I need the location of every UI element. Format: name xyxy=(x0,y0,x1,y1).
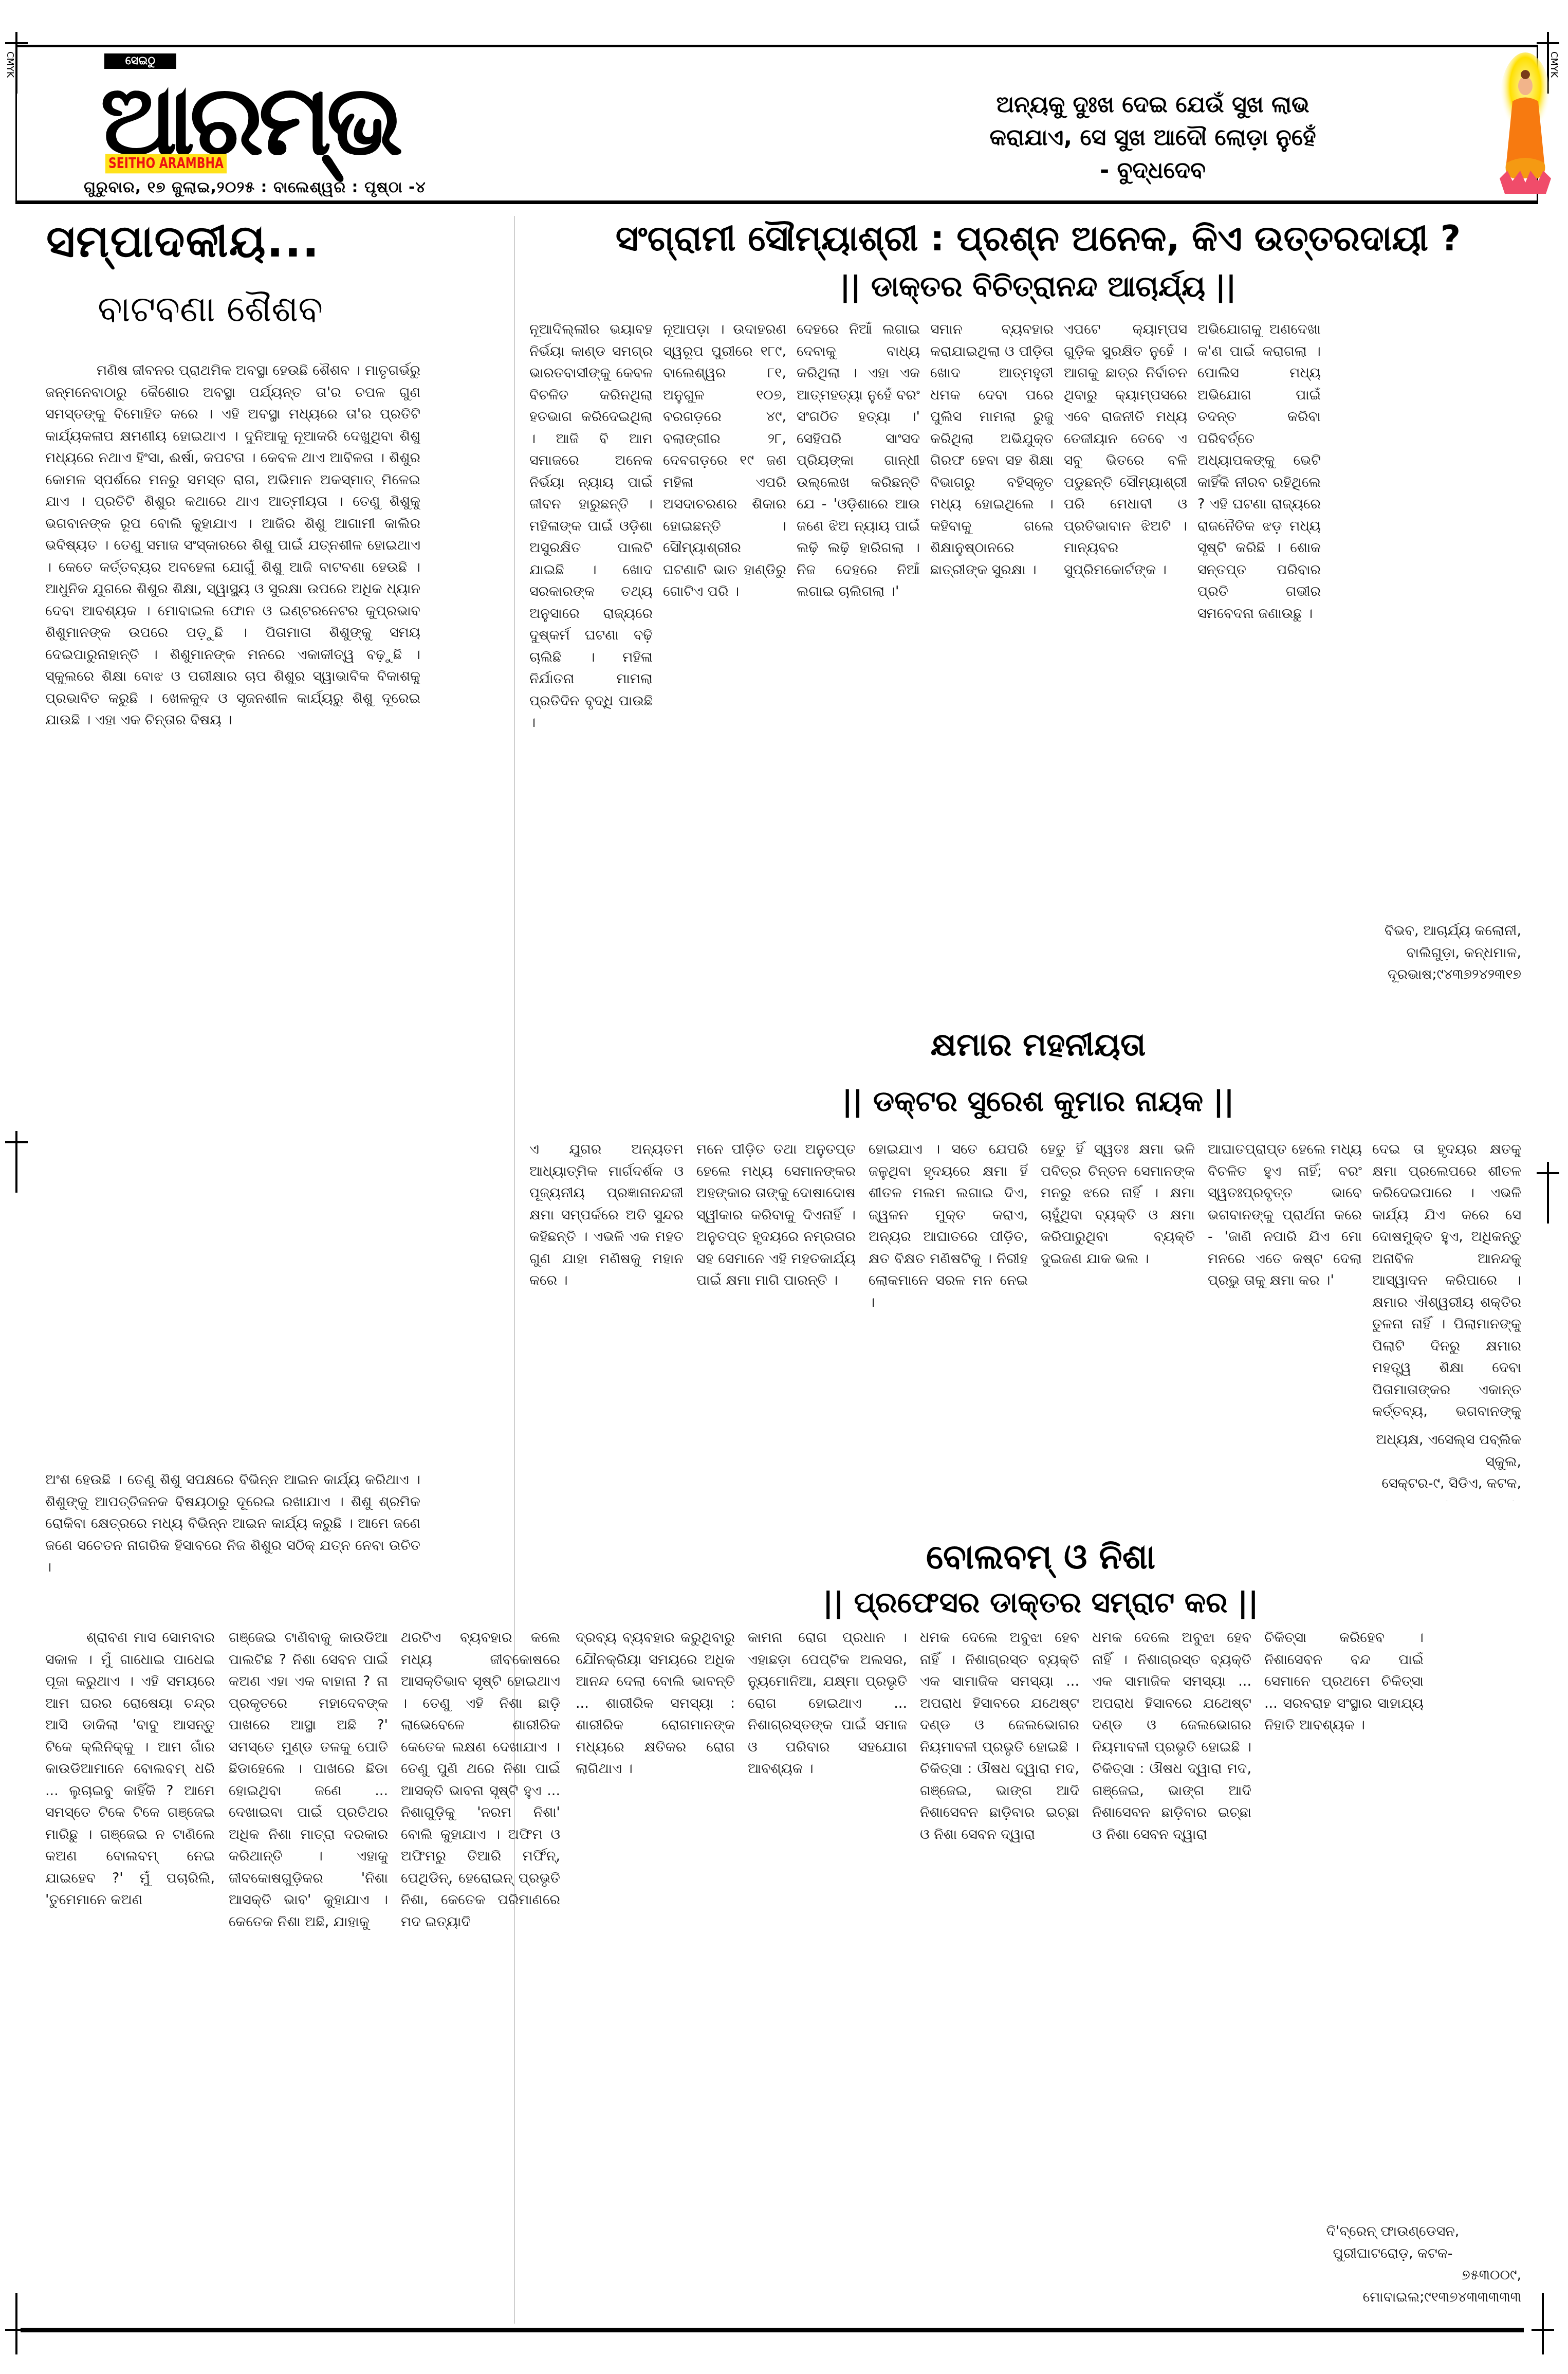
article2-column: ଦେଇ ତା ହୃଦୟର କ୍ଷତକୁ କ୍ଷମା ପ୍ରଲେପରେ ଶୀତଳ … xyxy=(1372,1139,1521,1427)
article3-column-text: ଥରଟିଏ ବ୍ୟବହାର କଲେ ମଧ୍ୟ ଜୀବକୋଷରେ ଆସକ୍ତିଭା… xyxy=(401,1630,560,1930)
article3-headline: ବୋଲବମ୍ ଓ ନିଶା xyxy=(514,1537,1567,1578)
contact-line: ୭୫୩୦୦୯, xyxy=(1264,2265,1521,2287)
article3-byline: || ପ୍ରଫେସର ଡାକ୍ତର ସମ୍ରାଟ କର || xyxy=(514,1586,1567,1620)
article3-column-text: ଗଞ୍ଜେଇ ଟାଣିବାକୁ କାଉଡିଆ ପାଲଟିଛ ? ନିଶା ସେବ… xyxy=(229,1630,388,1930)
article3-column: ଧମକ ଦେଲେ ଅବୁଝା ହେବ ନାହିଁ । ନିଶାଗ୍ରସ୍ତ ବ୍… xyxy=(1092,1627,1251,2316)
editorial-section-title: ସମ୍ପାଦକୀୟ... xyxy=(46,216,320,268)
article1-column: ଏପଟେ କ୍ୟାମ୍ପସ ଗୁଡ଼ିକ ସୁରକ୍ଷିତ ନୁହେଁ । ଆଗ… xyxy=(1064,319,1187,977)
article1-column: ଦେହରେ ନିଆଁ ଲଗାଇ ଦେବାକୁ ବାଧ୍ୟ କରିଥିଲା । ଏ… xyxy=(797,319,920,977)
masthead: ସେଇଠୁ ଆରମ୍ଭ SEITHO ARAMBHA ଗୁରୁବାର, ୧୭ ଜ… xyxy=(15,45,1538,204)
editorial-body-end: ଅଂଶ ହେଉଛି । ତେଣୁ ଶିଶୁ ସପକ୍ଷରେ ବିଭିନ୍ନ ଆଇ… xyxy=(45,1469,420,1572)
article2-column-text: ଏ ଯୁଗର ଅନ୍ୟତମ ଆଧ୍ୟାତ୍ମିକ ମାର୍ଗଦର୍ଶକ ଓ ପୂ… xyxy=(529,1141,684,1288)
buddha-quote: ଅନ୍ୟକୁ ଦୁଃଖ ଦେଇ ଯେଉଁ ସୁଖ ଲାଭ କରାଯାଏ, ସେ … xyxy=(942,88,1363,187)
contact-line: ସେକ୍ଟର-୯, ସିଡିଏ, କଟକ, xyxy=(1357,1473,1521,1495)
brand-tagline: SEITHO ARAMBHA xyxy=(105,154,227,174)
article2-column-text: ଦେଇ ତା ହୃଦୟର କ୍ଷତକୁ କ୍ଷମା ପ୍ରଲେପରେ ଶୀତଳ … xyxy=(1372,1141,1521,1427)
article2-column: ହୋଇଯାଏ । ସତେ ଯେପରି ଜଳୁଥିବା ହୃଦୟରେ କ୍ଷମା … xyxy=(869,1139,1028,1509)
buddha-icon xyxy=(1497,50,1554,202)
article1-column: ଅଭିଯୋଗକୁ ଅଣଦେଖା କ'ଣ ପାଇଁ କରାଗଲା । ପୋଲିସ … xyxy=(1197,319,1321,977)
editorial-body: ମଣିଷ ଜୀବନର ପ୍ରାଥମିକ ଅବସ୍ଥା ହେଉଛି ଶୈଶବ । … xyxy=(45,360,420,1501)
article2-headline: କ୍ଷମାର ମହନୀୟତା xyxy=(534,1026,1542,1064)
article2-column: ମନେ ପୀଡ଼ିତ ତଥା ଅନୁତପ୍ତ ହେଲେ ମଧ୍ୟ ସେମାନଙ୍… xyxy=(696,1139,856,1509)
article1-author-contact: ବିଭବ, ଆଚାର୍ଯ୍ୟ କଲୋନୀ, ବାଲିଗୁଡ଼ା, କନ୍ଧମାଳ… xyxy=(1341,920,1521,997)
article1-column-text: ଏପଟେ କ୍ୟାମ୍ପସ ଗୁଡ଼ିକ ସୁରକ୍ଷିତ ନୁହେଁ । ଆଗ… xyxy=(1064,321,1187,578)
article3-column: ଧମକ ଦେଲେ ଅବୁଝା ହେବ ନାହିଁ । ନିଶାଗ୍ରସ୍ତ ବ୍… xyxy=(920,1627,1079,2316)
registration-mark-bottom-left xyxy=(5,2293,36,2354)
article1-byline: || ଡାକ୍ତର ବିଚିତ୍ରାନନ୍ଦ ଆଚାର୍ଯ୍ୟ || xyxy=(534,270,1542,304)
article1-column-text: ସମାନ ବ୍ୟବହାର କରାଯାଇଥିଲା ଓ ପୀଡ଼ିତା ଖୋଦ ଆତ… xyxy=(930,321,1054,578)
article3-column: କାମନା ରୋଗ ପ୍ରଧାନ । ଏହାଛଡ଼ା ପେପ୍ଟିକ ଅଲସର,… xyxy=(748,1627,907,2316)
editorial-paragraph: ଅଂଶ ହେଉଛି । ତେଣୁ ଶିଶୁ ସପକ୍ଷରେ ବିଭିନ୍ନ ଆଇ… xyxy=(45,1469,420,1572)
dateline: ଗୁରୁବାର, ୧୭ ଜୁଲାଇ,୨୦୨୫ : ବାଲେଶ୍ୱର : ପୃଷ୍… xyxy=(84,178,426,196)
article2-author-contact: ଅଧ୍ୟକ୍ଷ, ଏସେଲ୍ସ ପବ୍ଲିକ ସ୍କୁଲ, ସେକ୍ଟର-୯, … xyxy=(1357,1429,1521,1501)
contact-line: ଦି'ବ୍ରେନ୍ ଫାଉଣ୍ଡେସନ, xyxy=(1264,2221,1521,2243)
article3-column: ଦ୍ରବ୍ୟ ବ୍ୟବହାର କରୁଥିବାରୁ ଯୌନକ୍ରିୟା ସମୟରେ… xyxy=(576,1627,735,2316)
article3-column-text: ଚିକିତ୍ସା କରିହେବ । ନିଶାସେବନ ବନ୍ଦ ପାଇଁ ସେମ… xyxy=(1264,1630,1424,1733)
registration-mark-mid-right xyxy=(1537,1162,1567,1223)
quote-line: ଅନ୍ୟକୁ ଦୁଃଖ ଦେଇ ଯେଉଁ ସୁଖ ଲାଭ xyxy=(942,88,1363,121)
contact-line: ପୁରୀଘାଟରୋଡ଼, କଟକ- xyxy=(1264,2243,1521,2265)
article3-author-contact: ଦି'ବ୍ରେନ୍ ଫାଉଣ୍ଡେସନ, ପୁରୀଘାଟରୋଡ଼, କଟକ- ୭… xyxy=(1264,2221,1521,2318)
article1-column-text: ନୂଆଦିଲ୍ଲୀର ଭୟାବହ ନିର୍ଭୟା କାଣ୍ଡ ସମଗ୍ର ଭାର… xyxy=(529,321,653,731)
article3-column: ଶ୍ରାବଣ ମାସ ସୋମବାର ସକାଳ । ମୁଁ ଗାଧୋଇ ପାଧେଇ… xyxy=(45,1627,215,2316)
cmyk-label: CMYK xyxy=(8,51,15,78)
article1-column: ସମାନ ବ୍ୟବହାର କରାଯାଇଥିଲା ଓ ପୀଡ଼ିତା ଖୋଦ ଆତ… xyxy=(930,319,1054,977)
article2-column: ହେତୁ ହିଁ ସ୍ୱତଃ କ୍ଷମା ଭଳି ପବିତ୍ର ଚିନ୍ତନ ସ… xyxy=(1041,1139,1195,1509)
article3-column-text: କାମନା ରୋଗ ପ୍ରଧାନ । ଏହାଛଡ଼ା ପେପ୍ଟିକ ଅଲସର,… xyxy=(748,1630,907,1777)
article1-column-text: ଦେହରେ ନିଆଁ ଲଗାଇ ଦେବାକୁ ବାଧ୍ୟ କରିଥିଲା । ଏ… xyxy=(797,321,920,599)
article3-column: ଥରଟିଏ ବ୍ୟବହାର କଲେ ମଧ୍ୟ ଜୀବକୋଷରେ ଆସକ୍ତିଭା… xyxy=(401,1627,560,2316)
bottom-rule xyxy=(21,2328,1524,2332)
article3-column-text: ଶ୍ରାବଣ ମାସ ସୋମବାର ସକାଳ । ମୁଁ ଗାଧୋଇ ପାଧେଇ… xyxy=(45,1627,215,1911)
article2-column: ଆଘାତପ୍ରାପ୍ତ ହେଲେ ମଧ୍ୟ ବିଚଳିତ ହୁଏ ନାହିଁ; … xyxy=(1208,1139,1362,1509)
quote-line: କରାଯାଏ, ସେ ସୁଖ ଆଦୌ ଲୋଡ଼ା ନୁହେଁ xyxy=(942,121,1363,154)
article1-column-text: ଅଭିଯୋଗକୁ ଅଣଦେଖା କ'ଣ ପାଇଁ କରାଗଲା । ପୋଲିସ … xyxy=(1197,321,1321,622)
contact-line: ବିଭବ, ଆଚାର୍ଯ୍ୟ କଲୋନୀ, xyxy=(1341,920,1521,942)
contact-line: ଅଧ୍ୟକ୍ଷ, ଏସେଲ୍ସ ପବ୍ଲିକ ସ୍କୁଲ, xyxy=(1357,1429,1521,1473)
article3-column-text: ଦ୍ରବ୍ୟ ବ୍ୟବହାର କରୁଥିବାରୁ ଯୌନକ୍ରିୟା ସମୟରେ… xyxy=(576,1630,735,1777)
article1-column-text: ନୂଆପଡ଼ା । ଉଦାହରଣ ସ୍ୱରୂପ ପୁରୀରେ ୧୮୯, ବାଲେ… xyxy=(663,321,786,599)
article2-byline: || ଡକ୍ଟର ସୁରେଶ କୁମାର ନାୟକ || xyxy=(534,1085,1542,1119)
contact-line: ଦୂରଭାଷ;୯୪୩୭୨୪୨୩୧୭ xyxy=(1341,964,1521,986)
article3-column-text: ଧମକ ଦେଲେ ଅବୁଝା ହେବ ନାହିଁ । ନିଶାଗ୍ରସ୍ତ ବ୍… xyxy=(1092,1630,1251,1842)
article1-column: ନୂଆଦିଲ୍ଲୀର ଭୟାବହ ନିର୍ଭୟା କାଣ୍ଡ ସମଗ୍ର ଭାର… xyxy=(529,319,653,977)
contact-line: ବାଲିଗୁଡ଼ା, କନ୍ଧମାଳ, xyxy=(1341,942,1521,964)
article2-column-text: ମନେ ପୀଡ଼ିତ ତଥା ଅନୁତପ୍ତ ହେଲେ ମଧ୍ୟ ସେମାନଙ୍… xyxy=(696,1141,856,1288)
contact-line: ମୋବାଇଲ;୯୧୩୭୪୩୩୩୩୩ xyxy=(1264,2287,1521,2309)
contact-line: ଦୂରଭାଷ;୯୪୩୭୨୨୫୫୯୨ xyxy=(1357,1495,1521,1502)
article3-column-text: ଧମକ ଦେଲେ ଅବୁଝା ହେବ ନାହିଁ । ନିଶାଗ୍ରସ୍ତ ବ୍… xyxy=(920,1630,1079,1842)
registration-mark-mid-left xyxy=(5,1131,36,1193)
article1-column: ନୂଆପଡ଼ା । ଉଦାହରଣ ସ୍ୱରୂପ ପୁରୀରେ ୧୮୯, ବାଲେ… xyxy=(663,319,786,977)
article1-headline: ସଂଗ୍ରାମୀ ସୌମ୍ୟାଶ୍ରୀ : ପ୍ରଶ୍ନ ଅନେକ, କିଏ ଉ… xyxy=(534,218,1542,260)
article3-column: ଚିକିତ୍ସା କରିହେବ । ନିଶାସେବନ ବନ୍ଦ ପାଇଁ ସେମ… xyxy=(1264,1627,1424,2218)
editorial-paragraph: ମଣିଷ ଜୀବନର ପ୍ରାଥମିକ ଅବସ୍ଥା ହେଉଛି ଶୈଶବ । … xyxy=(45,360,420,732)
article2-column-text: ଆଘାତପ୍ରାପ୍ତ ହେଲେ ମଧ୍ୟ ବିଚଳିତ ହୁଏ ନାହିଁ; … xyxy=(1208,1141,1362,1288)
article2-column-text: ହେତୁ ହିଁ ସ୍ୱତଃ କ୍ଷମା ଭଳି ପବିତ୍ର ଚିନ୍ତନ ସ… xyxy=(1041,1141,1195,1267)
editorial-title: ବାଟବଣା ଶୈଶବ xyxy=(98,288,323,331)
article2-column: ଏ ଯୁଗର ଅନ୍ୟତମ ଆଧ୍ୟାତ୍ମିକ ମାର୍ଗଦର୍ଶକ ଓ ପୂ… xyxy=(529,1139,684,1509)
quote-attribution: - ବୁଦ୍ଧଦେବ xyxy=(942,154,1363,187)
registration-mark-bottom-right xyxy=(1532,2293,1562,2354)
article3-column: ଗଞ୍ଜେଇ ଟାଣିବାକୁ କାଉଡିଆ ପାଲଟିଛ ? ନିଶା ସେବ… xyxy=(229,1627,388,2316)
article2-column-text: ହୋଇଯାଏ । ସତେ ଯେପରି ଜଳୁଥିବା ହୃଦୟରେ କ୍ଷମା … xyxy=(869,1141,1028,1310)
